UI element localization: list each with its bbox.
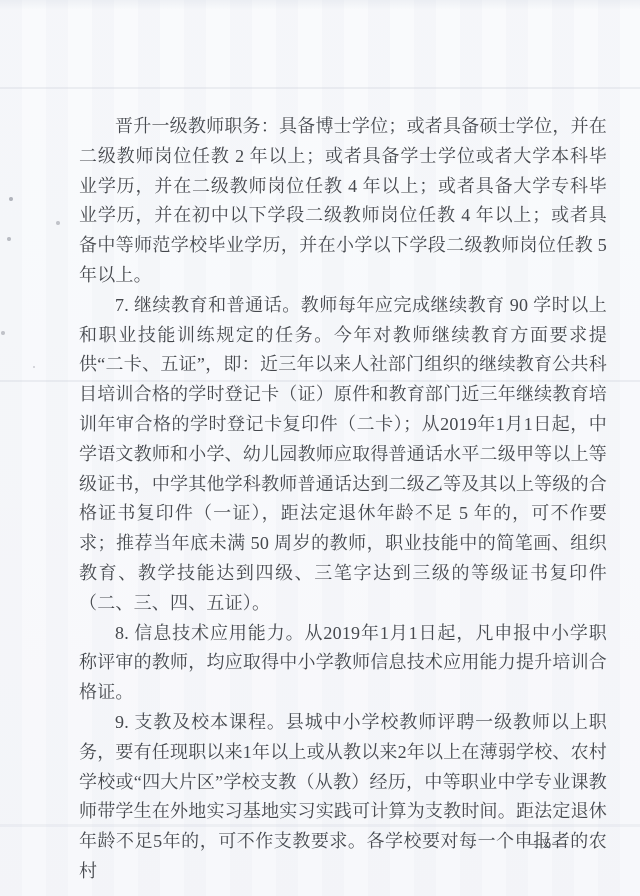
page-number: —5—	[512, 836, 584, 853]
document-body: 晋升一级教师职务：具备博士学位；或者具备硕士学位，并在二级教师岗位任教 2 年以…	[79, 112, 607, 887]
scan-artifact-streak	[0, 87, 640, 89]
paragraph-item-7-continuing-education: 7. 继续教育和普通话。教师每年应完成继续教育 90 学时以上和职业技能训练规定…	[79, 291, 607, 619]
paragraph-promotion-requirements: 晋升一级教师职务：具备博士学位；或者具备硕士学位，并在二级教师岗位任教 2 年以…	[79, 112, 607, 291]
paragraph-item-8-it-ability: 8. 信息技术应用能力。从2019年1月1日起，凡申报中小学职称评审的教师，均应…	[79, 619, 607, 708]
scanned-document-page: 晋升一级教师职务：具备博士学位；或者具备硕士学位，并在二级教师岗位任教 2 年以…	[0, 0, 640, 896]
scan-artifact-speckles	[0, 0, 2, 2]
paragraph-item-9-teaching-support: 9. 支教及校本课程。县城中小学校教师评聘一级教师以上职务，要有任现职以来1年以…	[79, 708, 607, 887]
